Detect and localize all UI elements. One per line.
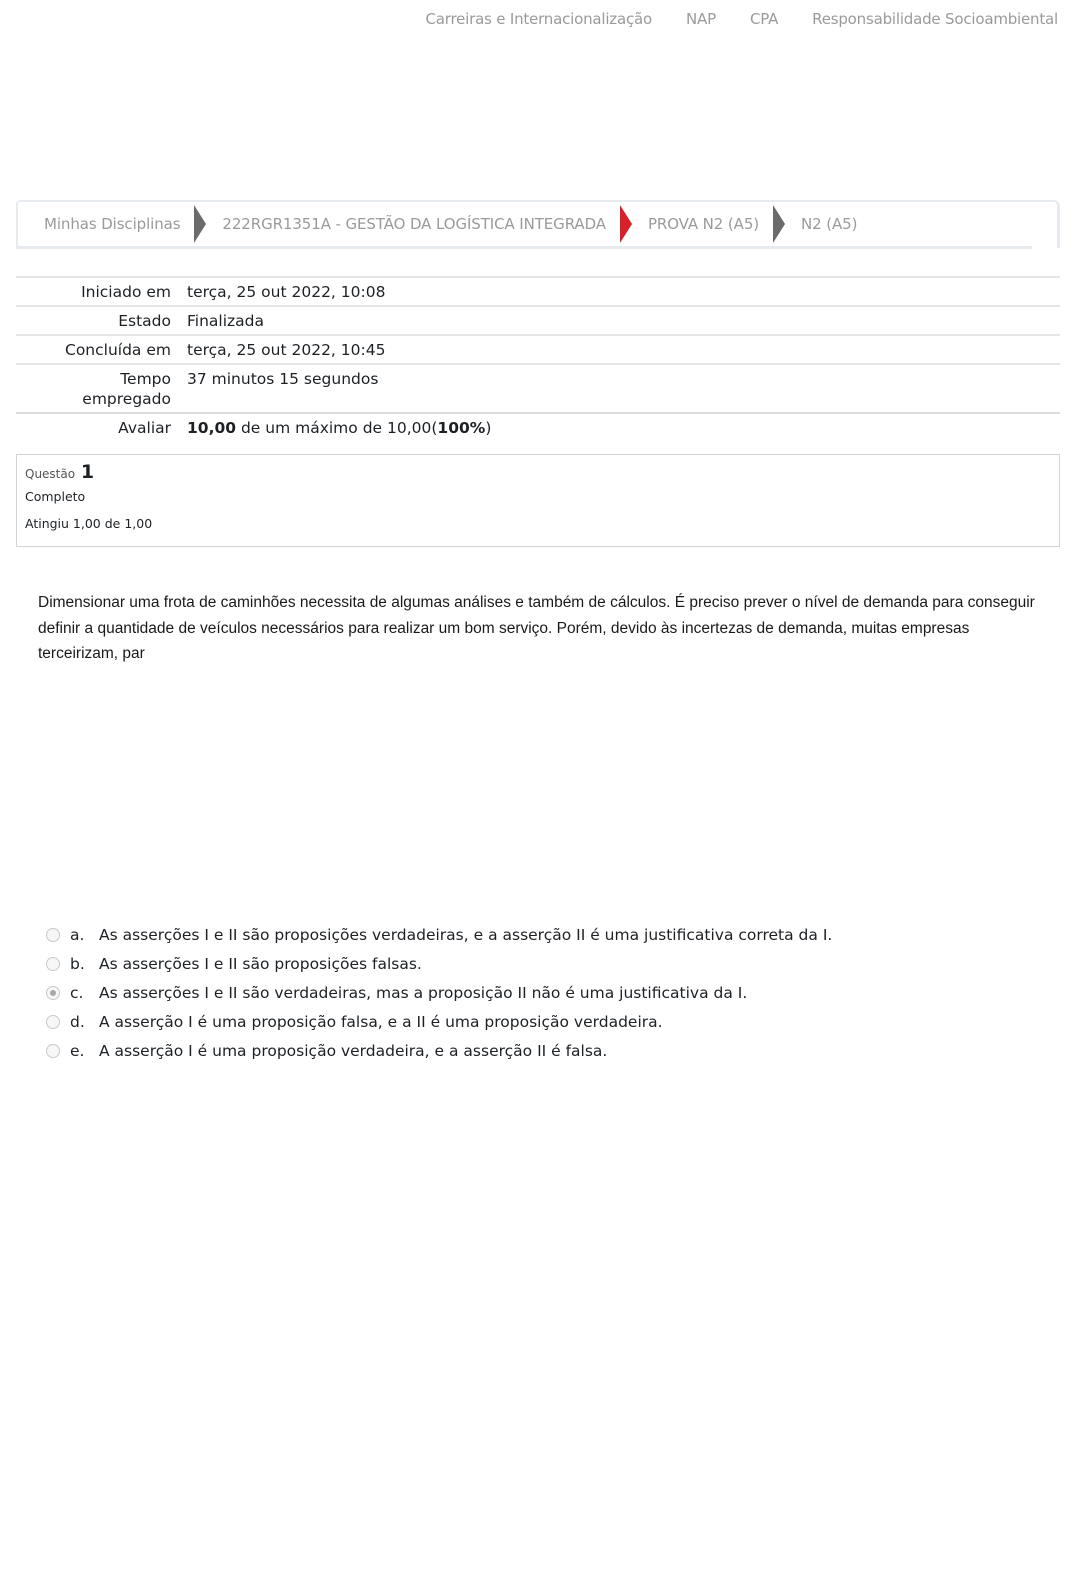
breadcrumb-divider [16,246,1032,249]
radio-unchecked-icon[interactable] [46,1044,60,1058]
answer-text[interactable]: A asserção I é uma proposição verdadeira… [99,1042,607,1060]
breadcrumb-arrow-icon [773,205,785,243]
answer-text[interactable]: As asserções I e II são verdadeiras, mas… [99,984,747,1002]
answer-letter: c. [70,984,99,1002]
answer-option-c[interactable]: c.As asserções I e II são verdadeiras, m… [46,978,832,1007]
nav-link-responsabilidade[interactable]: Responsabilidade Socioambiental [812,10,1058,28]
time-label: Tempoempregado [16,364,171,413]
grade-label: Avaliar [16,413,171,441]
state-label: Estado [16,306,171,335]
attempt-summary-table: Iniciado em terça, 25 out 2022, 10:08 Es… [16,276,1060,441]
question-number-value: 1 [81,461,94,483]
question-state: Completo [25,489,1051,504]
time-label-line2: empregado [82,390,171,408]
time-value: 37 minutos 15 segundos [171,364,1060,413]
top-navigation: Carreiras e Internacionalização NAP CPA … [426,10,1059,28]
radio-checked-icon[interactable] [46,986,60,1000]
grade-percent: 100% [437,419,485,437]
question-info-box: Questão 1 Completo Atingiu 1,00 de 1,00 [16,454,1060,547]
started-value: terça, 25 out 2022, 10:08 [171,277,1060,306]
grade-middle: de um máximo de 10,00( [236,419,437,437]
state-value: Finalizada [171,306,1060,335]
question-label: Questão [25,467,75,481]
answer-letter: b. [70,955,99,973]
radio-unchecked-icon[interactable] [46,957,60,971]
grade-value: 10,00 de um máximo de 10,00(100%) [171,413,1060,441]
summary-row-grade: Avaliar 10,00 de um máximo de 10,00(100%… [16,413,1060,441]
answer-text[interactable]: As asserções I e II são proposições verd… [99,926,832,944]
completed-label: Concluída em [16,335,171,364]
answer-option-d[interactable]: d.A asserção I é uma proposição falsa, e… [46,1007,832,1036]
breadcrumb-arrow-icon [620,205,632,243]
grade-score: 10,00 [187,419,236,437]
answer-option-a[interactable]: a.As asserções I e II são proposições ve… [46,920,832,949]
answer-list: a.As asserções I e II são proposições ve… [46,920,832,1065]
summary-row-state: Estado Finalizada [16,306,1060,335]
breadcrumb-item-minhas-disciplinas[interactable]: Minhas Disciplinas [44,215,180,233]
summary-row-started: Iniciado em terça, 25 out 2022, 10:08 [16,277,1060,306]
grade-end: ) [485,419,491,437]
radio-unchecked-icon[interactable] [46,1015,60,1029]
question-grade: Atingiu 1,00 de 1,00 [25,516,1051,531]
breadcrumb-item-course[interactable]: 222RGR1351A - GESTÃO DA LOGÍSTICA INTEGR… [222,215,606,233]
breadcrumb-item-current[interactable]: N2 (A5) [801,215,857,233]
radio-unchecked-icon[interactable] [46,928,60,942]
answer-text[interactable]: A asserção I é uma proposição falsa, e a… [99,1013,663,1031]
answer-text[interactable]: As asserções I e II são proposições fals… [99,955,422,973]
answer-option-e[interactable]: e.A asserção I é uma proposição verdadei… [46,1036,832,1065]
answer-letter: a. [70,926,99,944]
time-label-line1: Tempo [120,370,171,388]
nav-link-carreiras[interactable]: Carreiras e Internacionalização [426,10,653,28]
summary-row-time: Tempoempregado 37 minutos 15 segundos [16,364,1060,413]
started-label: Iniciado em [16,277,171,306]
nav-link-cpa[interactable]: CPA [750,10,778,28]
question-number: Questão 1 [25,461,1051,483]
completed-value: terça, 25 out 2022, 10:45 [171,335,1060,364]
summary-row-completed: Concluída em terça, 25 out 2022, 10:45 [16,335,1060,364]
answer-letter: e. [70,1042,99,1060]
nav-link-nap[interactable]: NAP [686,10,716,28]
breadcrumb-item-prova[interactable]: PROVA N2 (A5) [648,215,759,233]
answer-option-b[interactable]: b.As asserções I e II são proposições fa… [46,949,832,978]
question-text: Dimensionar uma frota de caminhões neces… [38,590,1038,667]
breadcrumb-arrow-icon [194,205,206,243]
breadcrumb: Minhas Disciplinas 222RGR1351A - GESTÃO … [44,205,857,243]
answer-letter: d. [70,1013,99,1031]
